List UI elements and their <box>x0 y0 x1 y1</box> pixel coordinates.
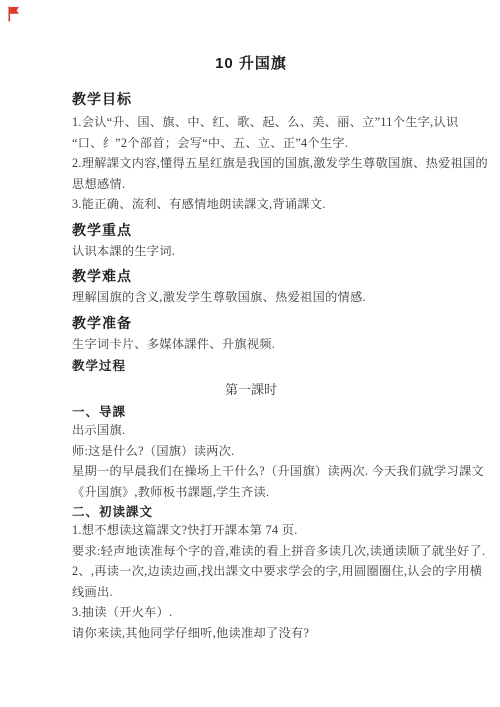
subsection-heading-lead: 一、导課 <box>72 404 430 420</box>
text-line: 生字词卡片、多媒体課件、升旗视频. <box>72 334 430 355</box>
text-line: 2、,再读一次,边读边画,找出課文中要求学会的字,用圆圈圈住,认会的字用横 <box>72 561 430 582</box>
text-line: 星期一的早晨我们在操场上干什么?（升国旗）读两次. 今天我们就学习課文 <box>72 461 430 482</box>
text-line: “口、纟”2个部首；会写“中、五、立、正”4个生字. <box>72 133 430 154</box>
text-line: 出示国旗. <box>72 420 430 441</box>
text-line: 师:这是什么?（国旗）读两次. <box>72 441 430 462</box>
section-heading-prepare: 教学准备 <box>72 314 430 332</box>
text-line: 理解国旗的含义,激发学生尊敬国旗、热爱祖国的情感. <box>72 287 430 308</box>
document-page: 10 升国旗 /* placeholder removed by binder … <box>0 0 500 707</box>
text-line: 1.会认“升、国、旗、中、红、歌、起、么、美、丽、立”11个生字,认识 <box>72 112 430 133</box>
section-heading-process: 教学过程 <box>72 358 430 374</box>
text-line: 请你来读,其他同学仔细听,他读准却了没有? <box>72 623 430 644</box>
text-line: 线画出. <box>72 582 430 603</box>
text-line: 2.理解課文内容,懂得五星红旗是我国的国旗,激发学生尊敬国旗、热爱祖国的 <box>72 153 430 174</box>
subsection-heading-firstread: 二、初读課文 <box>72 504 430 520</box>
text-line: 1.想不想读这篇課文?快打开課本第 74 页. <box>72 520 430 541</box>
section-heading-goal: 教学目标 <box>72 90 430 108</box>
section-heading-difficult: 教学难点 <box>72 267 430 285</box>
text-line: 3.能正确、流利、有感情地朗读課文,背诵課文. <box>72 194 430 215</box>
doc-title: 10 升国旗 <box>72 54 430 74</box>
text-line: 思想感情. <box>72 174 430 195</box>
text-line: 认识本課的生字词. <box>72 241 430 262</box>
red-flag-icon <box>7 6 20 22</box>
text-line: 《升国旗》,教师板书課题,学生齐读. <box>72 482 430 503</box>
section-heading-key: 教学重点 <box>72 221 430 239</box>
text-line: 3.抽读（开火车）. <box>72 602 430 623</box>
period-title: 第一課时 <box>72 380 430 400</box>
text-line: 要求:轻声地读准每个字的音,难读的看上拼音多读几次,读通读顺了就坐好了. <box>72 541 430 562</box>
